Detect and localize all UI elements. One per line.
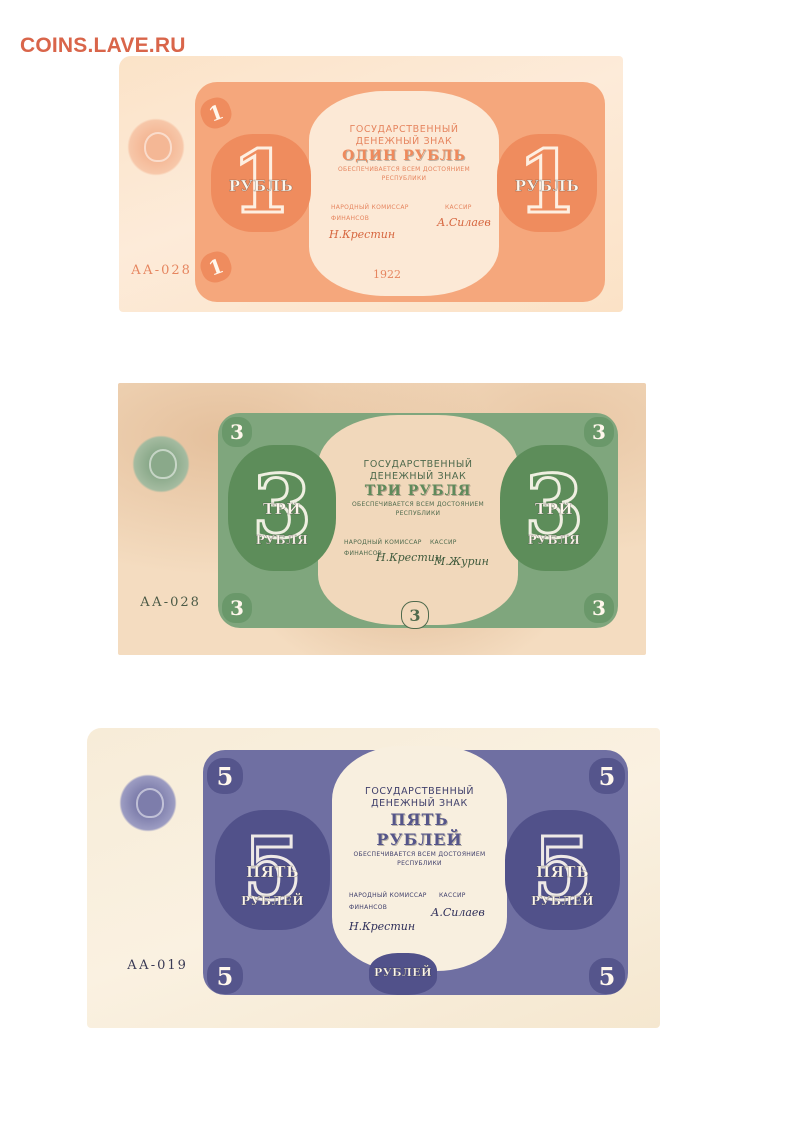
denomination-text: ПЯТЬ xyxy=(332,810,507,830)
rosette-right: 5 ПЯТЬ РУБЛЕЙ xyxy=(505,810,620,930)
rosette-word-2: РУБЛЯ xyxy=(228,533,336,547)
corner-digit-top-right: 5 xyxy=(589,758,625,794)
serial-number: АА-019 xyxy=(127,958,188,973)
corner-digit-bottom-right: 5 xyxy=(589,958,625,994)
note-text-block: ГОСУДАРСТВЕННЫЙ ДЕНЕЖНЫЙ ЗНАК ТРИ РУБЛЯ … xyxy=(333,459,503,518)
rosette-word-2: РУБЛЕЙ xyxy=(215,894,330,908)
corner-digit-top-left: 5 xyxy=(207,758,243,794)
serial-number: АА-028 xyxy=(131,263,192,278)
cashier-label: КАССИР xyxy=(430,539,457,546)
serial-number: АА-028 xyxy=(140,595,201,610)
signature-commissar: Н.Крестин xyxy=(376,551,442,564)
rosette-left: 1 РУБЛЬ xyxy=(211,134,311,232)
rosette-word: ТРИ xyxy=(500,500,608,518)
state-emblem-icon xyxy=(127,118,185,176)
cashier-label: КАССИР xyxy=(439,892,466,899)
bottom-center-digit: 3 xyxy=(401,601,429,629)
backing-line-2: РЕСПУБЛИКИ xyxy=(332,859,507,868)
corner-digit-bottom-right: 3 xyxy=(584,593,614,623)
rosette-word: ПЯТЬ xyxy=(215,863,330,881)
state-emblem-icon xyxy=(119,774,177,832)
denomination-text-2: РУБЛЕЙ xyxy=(332,830,507,850)
backing-line-2: РЕСПУБЛИКИ xyxy=(319,174,489,183)
corner-digit-bottom-left: 3 xyxy=(222,593,252,623)
signature-cashier: М.Журин xyxy=(434,555,489,568)
commissar-label: НАРОДНЫЙ КОМИССАР xyxy=(349,892,427,899)
commissar-label: НАРОДНЫЙ КОМИССАР xyxy=(344,539,422,546)
issuer-line-2: ДЕНЕЖНЫЙ ЗНАК xyxy=(332,798,507,810)
signature-cashier: А.Силаев xyxy=(431,906,485,919)
state-emblem-icon xyxy=(132,435,190,493)
rosette-word: РУБЛЬ xyxy=(211,177,311,195)
rosette-word: РУБЛЬ xyxy=(497,177,597,195)
center-panel xyxy=(318,415,518,625)
issuer-line-1: ГОСУДАРСТВЕННЫЙ xyxy=(333,459,503,471)
note-text-block: ГОСУДАРСТВЕННЫЙ ДЕНЕЖНЫЙ ЗНАК ОДИН РУБЛЬ… xyxy=(319,124,489,183)
center-panel xyxy=(309,91,499,296)
finance-label: ФИНАНСОВ xyxy=(349,904,387,911)
signature-cashier: А.Силаев xyxy=(437,216,491,229)
rosette-right: 1 РУБЛЬ xyxy=(497,134,597,232)
year-label: 1922 xyxy=(367,267,407,282)
rosette-word: ПЯТЬ xyxy=(505,863,620,881)
rosette-left: 5 ПЯТЬ РУБЛЕЙ xyxy=(215,810,330,930)
bottom-center-medallion: РУБЛЕЙ xyxy=(369,953,437,995)
corner-digit-top-left: 3 xyxy=(222,417,252,447)
corner-digit-bottom-left: 5 xyxy=(207,958,243,994)
banknote-3-rubles: 3 3 3 3 3 ТРИ РУБЛЯ 3 ТРИ РУБЛЯ ГОСУДАРС… xyxy=(118,383,646,655)
issuer-line-2: ДЕНЕЖНЫЙ ЗНАК xyxy=(319,136,489,148)
issuer-line-1: ГОСУДАРСТВЕННЫЙ xyxy=(319,124,489,136)
signature-commissar: Н.Крестин xyxy=(329,228,395,241)
issuer-line-1: ГОСУДАРСТВЕННЫЙ xyxy=(332,786,507,798)
banknote-1-ruble: 1 1 1 РУБЛЬ 1 РУБЛЬ ГОСУДАРСТВЕННЫЙ ДЕНЕ… xyxy=(119,56,623,312)
rosette-word-2: РУБЛЕЙ xyxy=(505,894,620,908)
note-text-block: ГОСУДАРСТВЕННЫЙ ДЕНЕЖНЫЙ ЗНАК ПЯТЬ РУБЛЕ… xyxy=(332,786,507,868)
site-watermark: COINS.LAVE.RU xyxy=(20,34,186,58)
signature-commissar: Н.Крестин xyxy=(349,920,415,933)
corner-digit-top-right: 3 xyxy=(584,417,614,447)
rosette-left: 3 ТРИ РУБЛЯ xyxy=(228,445,336,571)
rosette-word: ТРИ xyxy=(228,500,336,518)
backing-line-1: ОБЕСПЕЧИВАЕТСЯ ВСЕМ ДОСТОЯНИЕМ xyxy=(319,165,489,174)
banknote-5-rubles: 5 5 5 5 5 ПЯТЬ РУБЛЕЙ 5 ПЯТЬ РУБЛЕЙ ГОСУ… xyxy=(87,728,660,1028)
denomination-text: ОДИН РУБЛЬ xyxy=(319,148,489,165)
cashier-label: КАССИР xyxy=(445,204,472,211)
commissar-label: НАРОДНЫЙ КОМИССАР xyxy=(331,204,409,211)
denomination-text: ТРИ РУБЛЯ xyxy=(333,483,503,500)
bottom-word: РУБЛЕЙ xyxy=(369,966,437,979)
backing-line-2: РЕСПУБЛИКИ xyxy=(333,509,503,518)
finance-label: ФИНАНСОВ xyxy=(331,215,369,222)
rosette-right: 3 ТРИ РУБЛЯ xyxy=(500,445,608,571)
rosette-word-2: РУБЛЯ xyxy=(500,533,608,547)
backing-line-1: ОБЕСПЕЧИВАЕТСЯ ВСЕМ ДОСТОЯНИЕМ xyxy=(333,500,503,509)
backing-line-1: ОБЕСПЕЧИВАЕТСЯ ВСЕМ ДОСТОЯНИЕМ xyxy=(332,850,507,859)
issuer-line-2: ДЕНЕЖНЫЙ ЗНАК xyxy=(333,471,503,483)
